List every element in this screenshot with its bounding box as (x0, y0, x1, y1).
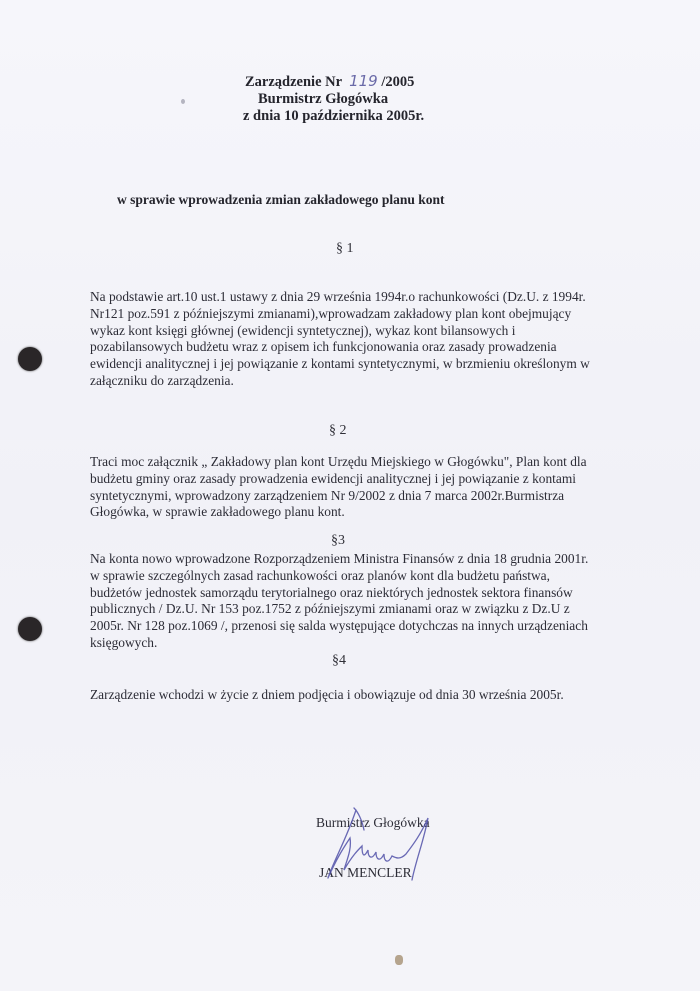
text-line: księgowych. (90, 635, 650, 652)
section-1-text: Na podstawie art.10 ust.1 ustawy z dnia … (90, 289, 650, 390)
stray-mark (395, 955, 403, 965)
text-line: budżetu gminy oraz zasady prowadzenia ew… (90, 471, 650, 488)
stray-mark (181, 99, 185, 104)
text-line: Na podstawie art.10 ust.1 ustawy z dnia … (90, 289, 650, 306)
section-sign-4: §4 (332, 653, 346, 669)
text-line: w sprawie szczególnych zasad rachunkowoś… (90, 568, 650, 585)
text-line: 2005r. Nr 128 poz.1069 /, przenosi się s… (90, 618, 650, 635)
section-2-text: Traci moc załącznik „ Zakładowy plan kon… (90, 454, 650, 521)
text-line: pozabilansowych budżetu wraz z opisem ic… (90, 339, 650, 356)
hole-punch-bottom (18, 617, 42, 641)
text-line: syntetycznymi, wprowadzony zarządzeniem … (90, 488, 650, 505)
text-line: publicznych / Dz.U. Nr 153 poz.1752 z pó… (90, 601, 650, 618)
text-line: Zarządzenie wchodzi w życie z dniem podj… (90, 687, 650, 704)
handwritten-signature-icon (316, 800, 456, 885)
section-3-text: Na konta nowo wprowadzone Rozporządzenie… (90, 551, 650, 652)
title-suffix: /2005 (381, 74, 414, 90)
text-line: budżetów jednostek samorządu terytorialn… (90, 585, 650, 602)
text-line: Na konta nowo wprowadzone Rozporządzenie… (90, 551, 650, 568)
text-line: Głogówka, w sprawie zakładowego planu ko… (90, 504, 650, 521)
section-sign-3: §3 (331, 533, 345, 549)
text-line: Traci moc załącznik „ Zakładowy plan kon… (90, 454, 650, 471)
issuer: Burmistrz Głogówka (230, 91, 450, 108)
text-line: Nr121 poz.591 z późniejszymi zmianami),w… (90, 306, 650, 323)
section-sign-2: § 2 (329, 423, 347, 439)
document-header: Zarządzenie Nr 119/2005 Burmistrz Głogów… (230, 73, 450, 125)
document-subject: w sprawie wprowadzenia zmian zakładowego… (117, 192, 445, 208)
handwritten-number: 119 (345, 73, 381, 90)
scanned-document-page: Zarządzenie Nr 119/2005 Burmistrz Głogów… (0, 0, 700, 991)
section-sign-1: § 1 (336, 241, 354, 257)
text-line: ewidencji analitycznej i jej powiązanie … (90, 356, 650, 373)
document-title: Zarządzenie Nr 119/2005 (230, 73, 450, 91)
title-prefix: Zarządzenie Nr (245, 74, 342, 90)
text-line: załączniku do zarządzenia. (90, 373, 650, 390)
issue-date: z dnia 10 października 2005r. (230, 108, 450, 125)
hole-punch-top (18, 347, 42, 371)
section-4-text: Zarządzenie wchodzi w życie z dniem podj… (90, 687, 650, 704)
text-line: wykaz kont księgi głównej (ewidencji syn… (90, 323, 650, 340)
